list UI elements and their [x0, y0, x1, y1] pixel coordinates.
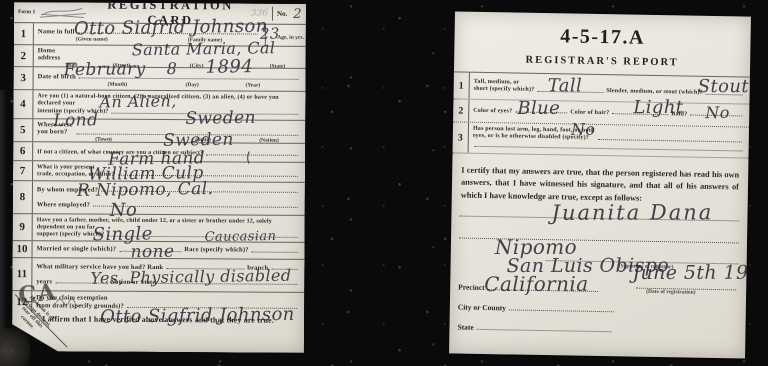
dotted-line — [477, 328, 612, 332]
day-sublabel: (Day) — [186, 82, 199, 88]
month-sublabel: (Month) — [108, 82, 128, 88]
name-label: Name in full — [38, 28, 75, 36]
field-number: 8 — [13, 181, 33, 213]
dotted-line — [252, 250, 298, 252]
age-label: Age, in yrs. — [277, 35, 304, 41]
field-number: 7 — [13, 161, 33, 180]
scan-corner-artifact — [0, 328, 30, 366]
field-number: 5 — [13, 119, 33, 141]
disability-value: No — [571, 120, 596, 139]
field-number: 10 — [13, 241, 33, 257]
ca-stamp: CA — [17, 278, 58, 309]
field-number: 2 — [14, 45, 34, 66]
field-number: 9 — [13, 214, 33, 240]
state-row: State — [457, 323, 745, 337]
field-disability: 3 Has person lost arm, leg, hand, foot, … — [453, 122, 749, 158]
stray-pen-mark — [241, 150, 255, 166]
field-number: 2 — [453, 99, 469, 121]
dependents-value: No — [110, 200, 138, 221]
report-form-number: 4-5-17.A — [454, 23, 750, 51]
registrars-report-card: 4-5-17.A REGISTRAR'S REPORT 1 Tall, medi… — [449, 11, 751, 358]
build-value: Stout — [698, 76, 749, 97]
county-row: City or County — [458, 303, 746, 317]
hair-label: Color of hair? — [570, 109, 609, 117]
county-label: City or County — [458, 303, 506, 313]
field-number: 3 — [453, 122, 470, 152]
year-sublabel: (Year) — [246, 83, 261, 89]
build-label: Slender, medium, or stout (which)? — [606, 88, 703, 97]
employed-where-value: R Nipomo, Cal. — [77, 179, 214, 201]
field-date-of-birth: 3 Date of birth (Month) (Day) (Year) — [14, 67, 306, 92]
race-value: Caucasian — [205, 229, 277, 245]
dotted-line — [509, 309, 614, 313]
where-employed-label: Where employed? — [37, 201, 90, 209]
birth-month-value: February — [64, 59, 146, 80]
height-label-2: short (specify which)? — [474, 86, 535, 94]
registration-date-value: June 5th 1917 — [632, 262, 751, 284]
bald-value: No — [705, 103, 730, 122]
height-value: Tall — [548, 75, 583, 96]
form-number-label: Form 1 — [18, 9, 35, 15]
header-divider — [272, 7, 273, 21]
registration-card: Form 1 REGISTRATION CARD 336 No. 2 1 Nam… — [12, 2, 306, 353]
military-value: none — [130, 242, 174, 263]
field-number: 3 — [14, 67, 34, 89]
birth-year-value: 1894 — [206, 56, 254, 78]
pencil-scribble — [54, 294, 84, 312]
precinct-label: Precinct — [458, 283, 485, 292]
eyes-value: Blue — [517, 98, 560, 119]
hair-value: Light — [633, 97, 683, 118]
registrant-signature: Otto Sigfrid Johnson — [100, 304, 295, 328]
exemption-value: Yes, Physically disabled — [90, 266, 291, 288]
field-number: 6 — [13, 142, 33, 160]
state-label: State — [457, 323, 473, 332]
scan-edge-artifact — [0, 90, 6, 340]
report-title: REGISTRAR'S REPORT — [454, 53, 750, 69]
field-number: 1 — [453, 72, 469, 98]
birth-town-value: Lond — [53, 110, 98, 131]
state-value: California — [484, 272, 588, 296]
number-label: No. — [277, 10, 287, 18]
field-number: 4 — [13, 90, 33, 118]
dotted-line — [597, 138, 741, 143]
registrar-signature: Juanita Dana — [551, 200, 713, 225]
married-label: Married or single (which)? — [37, 246, 117, 254]
field-number: 1 — [14, 23, 34, 44]
card-number-value: 2 — [293, 6, 302, 21]
race-label: Race (specify which)? — [184, 246, 249, 254]
home-address-value: Santa Maria, Cal — [132, 38, 276, 59]
dotted-line — [475, 144, 743, 151]
citizenship-value: An Alien, — [99, 91, 176, 111]
birth-nation-value: Sweden — [185, 108, 256, 129]
birth-day-value: 8 — [167, 59, 178, 78]
eyes-label: Color of eyes? — [473, 107, 512, 115]
name-value: Otto Siafrid Johnson — [74, 16, 268, 40]
date-sublabel: (Date of registration) — [646, 289, 695, 296]
